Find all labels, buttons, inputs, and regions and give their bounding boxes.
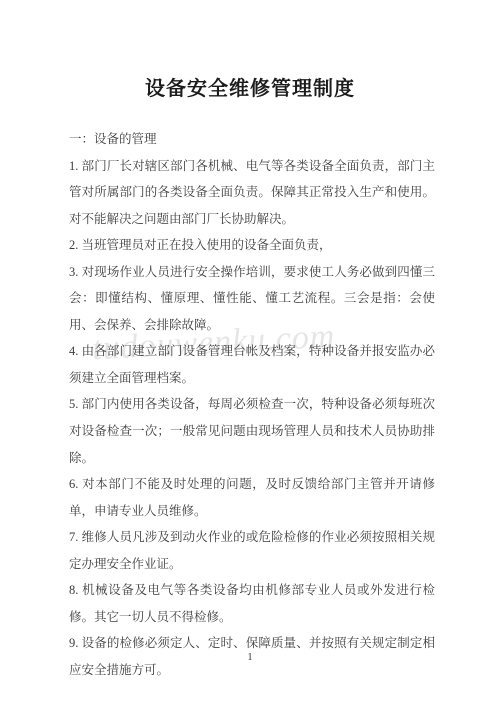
list-item: 6. 对本部门不能及时处理的问题，及时反馈给部门主管并开请修单，申请专业人员维修…	[69, 471, 435, 524]
document-body: 一：设备的管理 1. 部门厂长对辖区部门各机械、电气等各类设备全面负责，部门主管…	[69, 126, 435, 683]
list-item: 2. 当班管理员对正在投入使用的设备全面负责，	[69, 232, 435, 259]
list-item: 3. 对现场作业人员进行安全操作培训，要求使工人务必做到四懂三会：即懂结构、懂原…	[69, 259, 435, 339]
list-item: 4. 由各部门建立部门设备管理台帐及档案，特种设备并报安监办必须建立全面管理档案…	[69, 338, 435, 391]
list-item: 7. 维修人员凡涉及到动火作业的或危险检修的作业必须按照相关规定办理安全作业证。	[69, 524, 435, 577]
document-page: tudouwenku.com 设备安全维修管理制度 一：设备的管理 1. 部门厂…	[0, 0, 500, 707]
section-heading: 一：设备的管理	[69, 126, 435, 153]
document-title: 设备安全维修管理制度	[0, 72, 500, 101]
list-item: 1. 部门厂长对辖区部门各机械、电气等各类设备全面负责，部门主管对所属部门的各类…	[69, 153, 435, 233]
list-item: 8. 机械设备及电气等各类设备均由机修部专业人员或外发进行检修。其它一切人员不得…	[69, 577, 435, 630]
page-number: 1	[0, 651, 500, 663]
list-item: 5. 部门内使用各类设备，每周必须检查一次，特种设备必须每班次对设备检查一次；一…	[69, 391, 435, 471]
